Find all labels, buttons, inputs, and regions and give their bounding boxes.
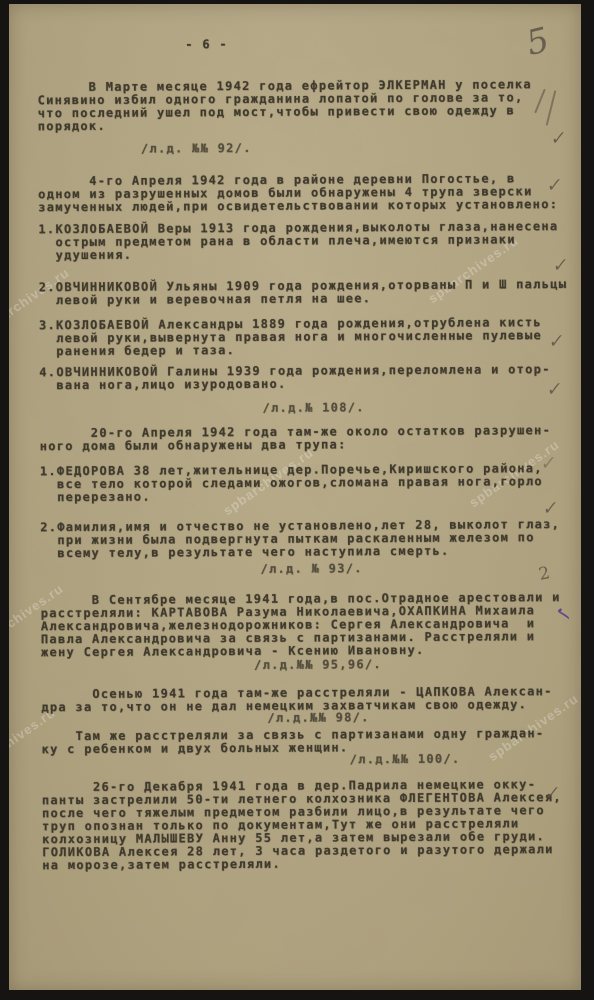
paragraph-april-20: 20-го Апреля 1942 года там-же около оста… [40, 424, 552, 453]
ref-ld-92: /л.д. №№ 92/. [141, 142, 252, 156]
list-item-3: 3.КОЗЛОБАЕВОЙ Александры 1889 года рожде… [39, 316, 542, 358]
paragraph-september-1941: В Сентябре месяце 1941 года,в пос.Отрадн… [41, 591, 561, 659]
list-item-fedorova: 1.ФЕДОРОВА 38 лет,жительнице дер.Поречье… [40, 462, 543, 504]
scanned-document: spbarchives.ru spbarchives.ru spbarchive… [0, 0, 594, 1000]
paragraph-december-26: 26-го Декабря 1941 года в дер.Падрила не… [42, 778, 563, 872]
ref-ld-100: /л.д.№№ 100/. [350, 753, 461, 767]
paragraph-april-4: 4-го Апреля 1942 года в районе деревни П… [38, 172, 558, 214]
list-item-1: 1.КОЗЛОБАЕВОЙ Веры 1913 года рождения,вы… [38, 220, 558, 262]
paragraph-march-1942: В Марте месяце 1942 года ефрейтор ЭЛКЕРМ… [37, 78, 532, 133]
list-item-4: 4.ОВЧИННИКОВОЙ Галины 1939 года рождения… [39, 363, 551, 392]
document-page: spbarchives.ru spbarchives.ru spbarchive… [9, 4, 581, 990]
ref-ld-93: /л.д. № 93/. [260, 562, 362, 576]
ref-ld-108: /л.д.№ 108/. [262, 401, 364, 415]
ref-ld-95-96: /л.д.№№ 95,96/. [254, 658, 382, 672]
paragraph-shot-woman: Там же расстреляли за связь с партизанам… [41, 727, 544, 756]
list-item-2: 2.ОВЧИННИКОВОЙ Ульяны 1909 года рождения… [39, 278, 568, 307]
typewritten-text: - 6 - В Марте месяце 1942 года ефрейтор … [9, 4, 581, 990]
ref-ld-98: /л.д.№№ 98/. [267, 711, 369, 725]
list-item-unknown: 2.Фамилия,имя и отчество не установлено,… [40, 518, 560, 560]
page-number: - 6 - [185, 38, 228, 51]
